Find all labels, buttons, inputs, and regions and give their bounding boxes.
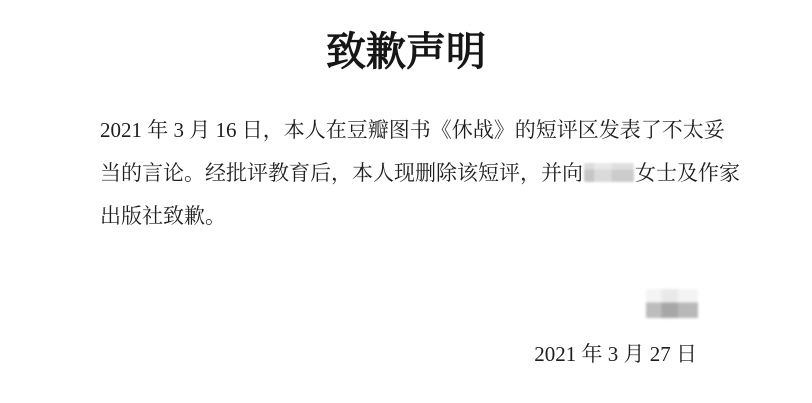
body-line-1: 2021 年 3 月 16 日，本人在豆瓣图书《休战》的短评区发表了不太妥: [100, 109, 740, 152]
body-line-3: 出版社致歉。: [100, 195, 740, 238]
body-line-2-before-redaction: 当的言论。经批评教育后，本人现删除该短评，并向: [100, 161, 583, 185]
document-date: 2021 年 3 月 27 日: [534, 339, 697, 369]
redacted-signature-blur: [646, 289, 698, 318]
body-paragraph: 2021 年 3 月 16 日，本人在豆瓣图书《休战》的短评区发表了不太妥 当的…: [100, 109, 740, 238]
body-line-2-after-redaction: 女士及作家: [635, 161, 740, 185]
redacted-name-blur: [584, 163, 634, 182]
apology-statement-document: 致歉声明 2021 年 3 月 16 日，本人在豆瓣图书《休战》的短评区发表了不…: [0, 0, 812, 403]
body-line-2: 当的言论。经批评教育后，本人现删除该短评，并向女士及作家: [100, 152, 740, 195]
document-title: 致歉声明: [0, 30, 812, 74]
